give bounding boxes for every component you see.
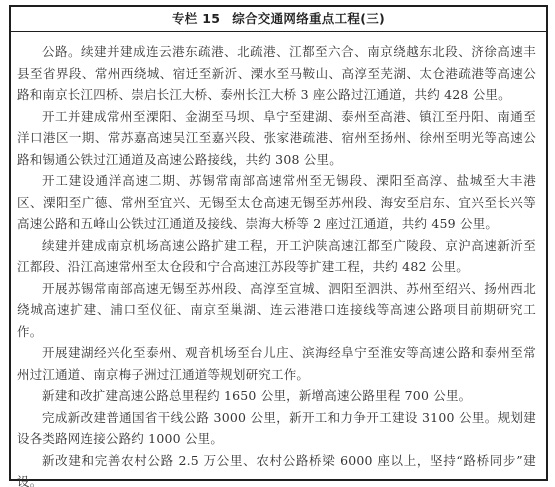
panel-header: 专栏 15综合交通网络重点工程(三) [11,7,546,32]
paragraph-rural-roads: 新改建和完善农村公路 2.5 万公里、农村公路桥梁 6000 座以上，坚持“路桥… [17,450,536,487]
paragraph-highway-ongoing: 公路。续建并建成连云港东疏港、北疏港、江都至六合、南京绕越东北段、济徐高速丰县至… [17,41,536,106]
paragraph-planning-research: 开展建湖经兴化至泰州、观音机场至台儿庄、滨海经阜宁至淮安等高速公路和泰州至常州过… [17,342,536,385]
paragraph-highway-expansion: 续建并建成南京机场高速公路扩建工程，开工沪陕高速江都至广陵段、京沪高速新沂至江都… [17,235,536,278]
paragraph-highway-start-complete: 开工并建成常州至溧阳、金湖至马坝、阜宁至建湖、泰州至高港、镇江至丹阳、南通至洋口… [17,106,536,171]
column-label: 专栏 15 [172,11,220,26]
paragraph-trunk-roads: 完成新改建普通国省干线公路 3000 公里，新开工和力争开工建设 3100 公里… [17,407,536,450]
paragraph-highway-start-construction: 开工建设通洋高速二期、苏锡常南部高速常州至无锡段、溧阳至高淳、盐城至大丰港区、溧… [17,170,536,235]
feature-column-panel: 专栏 15综合交通网络重点工程(三) 公路。续建并建成连云港东疏港、北疏港、江都… [9,5,548,481]
paragraph-highway-mileage: 新建和改扩建高速公路总里程约 1650 公里，新增高速公路里程 700 公里。 [17,385,536,407]
panel-body: 公路。续建并建成连云港东疏港、北疏港、江都至六合、南京绕越东北段、济徐高速丰县至… [11,32,546,487]
panel-title: 综合交通网络重点工程(三) [232,11,385,26]
paragraph-preliminary-research: 开展苏锡常南部高速无锡至苏州段、高淳至宣城、泗阳至泗洪、苏州至绍兴、扬州西北绕城… [17,278,536,343]
